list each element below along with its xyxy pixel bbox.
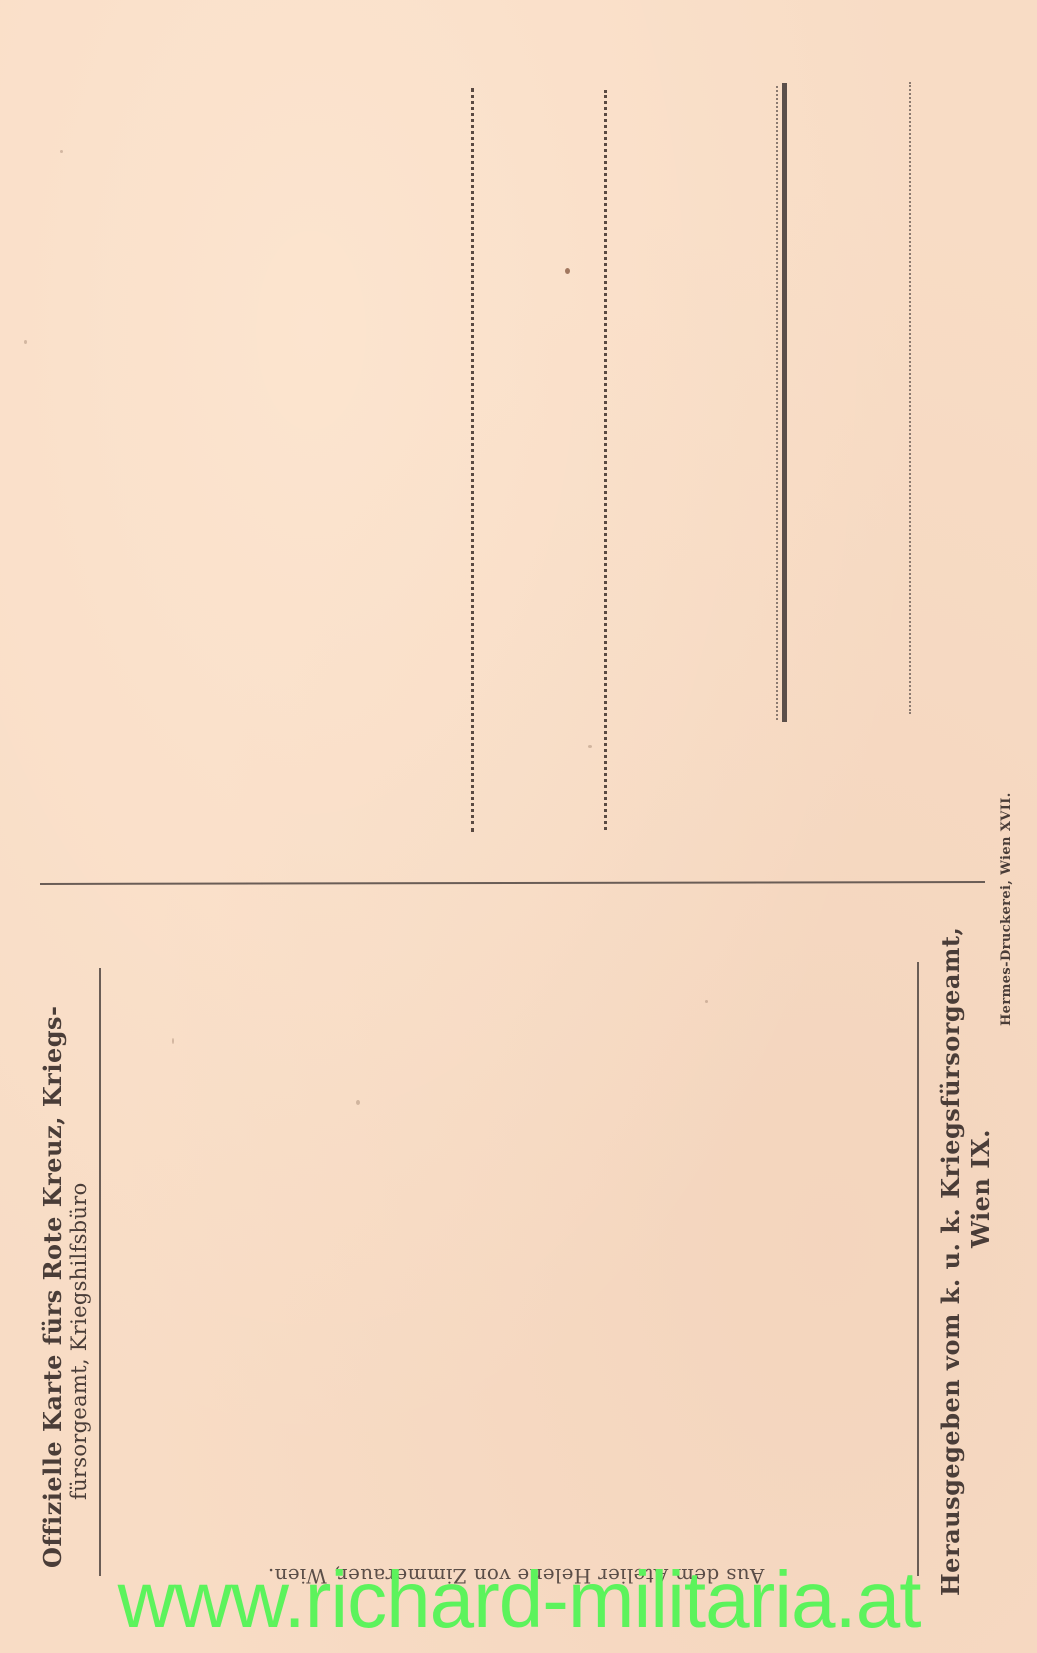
paper-speck xyxy=(60,150,63,153)
paper-speck xyxy=(172,1038,174,1044)
address-line-2 xyxy=(604,90,607,830)
address-line-4 xyxy=(909,82,911,714)
right-imprint-line-1: Herausgegeben vom k. u. k. Kriegsfürsorg… xyxy=(936,927,965,1596)
paper-speck xyxy=(565,268,570,274)
printer-imprint: Hermes-Druckerei, Wien XVII. xyxy=(999,792,1014,1026)
right-imprint-line-2: Wien IX. xyxy=(966,1129,995,1248)
left-imprint-line-1: Offizielle Karte fürs Rote Kreuz, Kriegs… xyxy=(38,1006,67,1568)
paper-speck xyxy=(705,1000,708,1003)
paper-speck xyxy=(356,1100,360,1105)
paper-speck xyxy=(24,340,27,344)
address-line-1 xyxy=(471,88,474,832)
right-vertical-rule xyxy=(917,962,919,1576)
paper-speck xyxy=(588,745,592,748)
left-vertical-rule xyxy=(99,968,101,1576)
address-line-3-guide xyxy=(776,86,778,720)
address-line-3-underline xyxy=(782,83,787,722)
postcard-paper xyxy=(0,0,1037,1653)
watermark: www.richard-militaria.at xyxy=(24,1555,1014,1645)
left-imprint-line-2: fürsorgeamt, Kriegshilfsbüro xyxy=(67,1182,91,1500)
